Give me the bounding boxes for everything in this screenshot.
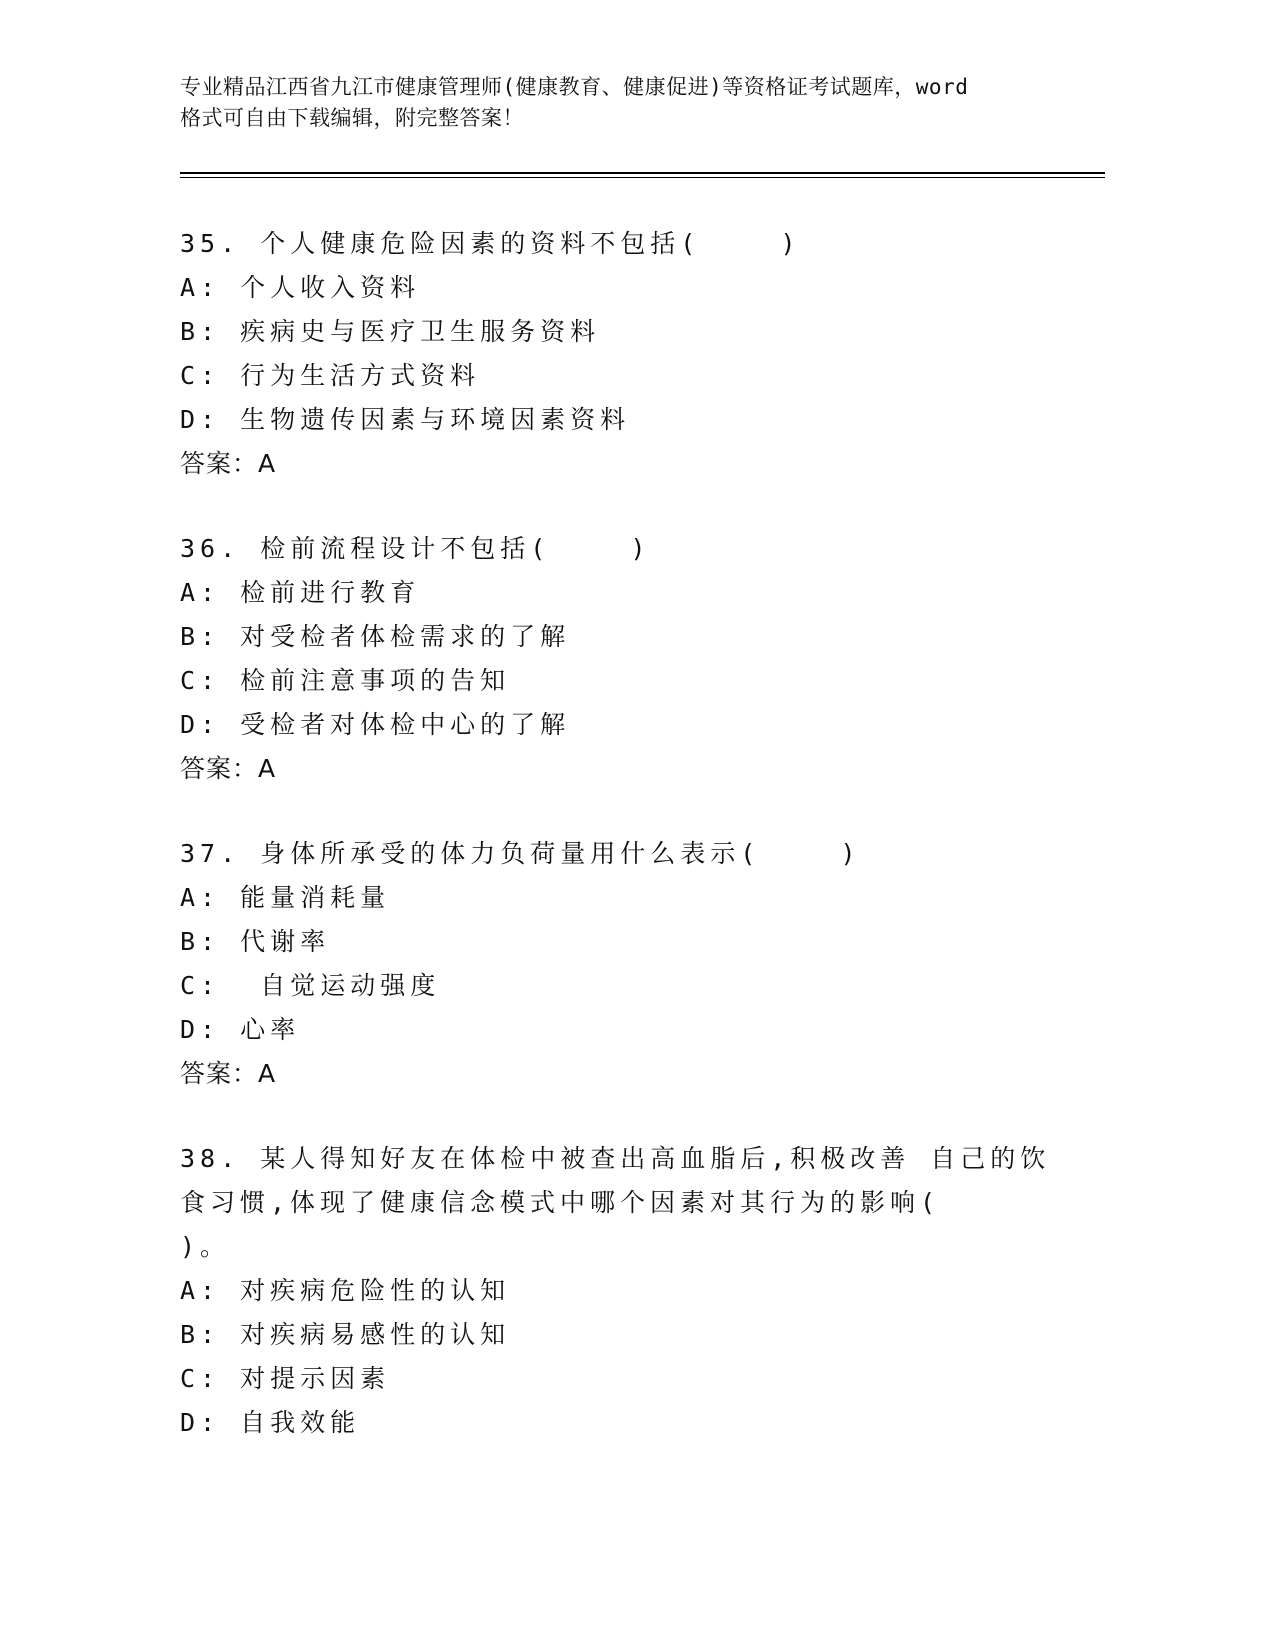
header-line-1: 专业精品江西省九江市健康管理师(健康教育、健康促进)等资格证考试题库，word xyxy=(180,72,1060,103)
question-36: 36. 检前流程设计不包括( ) A: 检前进行教育 B: 对受检者体检需求的了… xyxy=(180,527,1060,791)
option-a: A: 检前进行教育 xyxy=(180,571,1060,615)
question-stem: 37. 身体所承受的体力负荷量用什么表示( ) xyxy=(180,832,1060,876)
question-stem: 36. 检前流程设计不包括( ) xyxy=(180,527,1060,571)
option-d: D: 心率 xyxy=(180,1008,1060,1052)
option-c: C: 行为生活方式资料 xyxy=(180,354,1060,398)
answer: 答案：A xyxy=(180,747,1060,791)
option-b: B: 对疾病易感性的认知 xyxy=(180,1313,1060,1357)
header-divider-thick xyxy=(180,172,1105,174)
option-c: C: 检前注意事项的告知 xyxy=(180,659,1060,703)
option-c: C: 对提示因素 xyxy=(180,1357,1060,1401)
header-line-2: 格式可自由下载编辑，附完整答案！ xyxy=(180,103,1060,134)
question-37: 37. 身体所承受的体力负荷量用什么表示( ) A: 能量消耗量 B: 代谢率 … xyxy=(180,832,1060,1096)
option-c: C: 自觉运动强度 xyxy=(180,964,1060,1008)
answer: 答案：A xyxy=(180,442,1060,486)
option-d: D: 自我效能 xyxy=(180,1401,1060,1445)
option-a: A: 对疾病危险性的认知 xyxy=(180,1269,1060,1313)
option-d: D: 生物遗传因素与环境因素资料 xyxy=(180,398,1060,442)
option-b: B: 对受检者体检需求的了解 xyxy=(180,615,1060,659)
option-a: A: 能量消耗量 xyxy=(180,876,1060,920)
option-b: B: 疾病史与医疗卫生服务资料 xyxy=(180,310,1060,354)
document-header: 专业精品江西省九江市健康管理师(健康教育、健康促进)等资格证考试题库，word … xyxy=(180,72,1060,134)
question-stem: 35. 个人健康危险因素的资料不包括( ) xyxy=(180,222,1060,266)
question-38: 38. 某人得知好友在体检中被查出高血脂后,积极改善 自己的饮食习惯,体现了健康… xyxy=(180,1137,1060,1445)
question-stem: 38. 某人得知好友在体检中被查出高血脂后,积极改善 自己的饮食习惯,体现了健康… xyxy=(180,1137,1060,1269)
header-divider-thin xyxy=(180,177,1105,178)
option-b: B: 代谢率 xyxy=(180,920,1060,964)
option-d: D: 受检者对体检中心的了解 xyxy=(180,703,1060,747)
option-a: A: 个人收入资料 xyxy=(180,266,1060,310)
question-35: 35. 个人健康危险因素的资料不包括( ) A: 个人收入资料 B: 疾病史与医… xyxy=(180,222,1060,486)
answer: 答案：A xyxy=(180,1052,1060,1096)
